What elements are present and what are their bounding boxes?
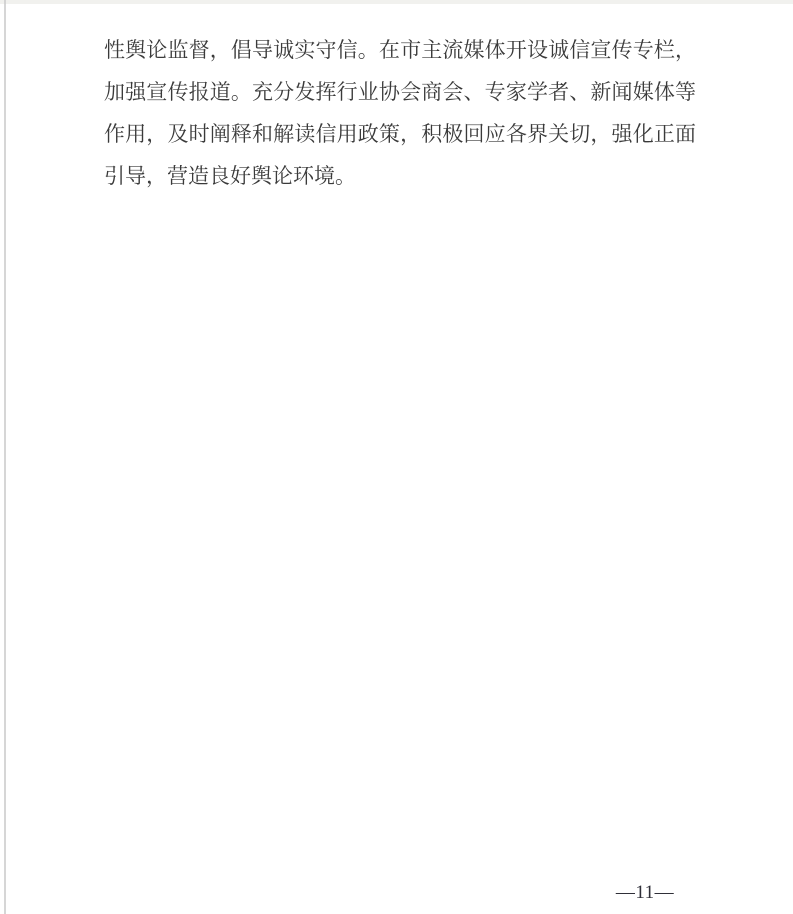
page-left-edge-line <box>4 0 6 914</box>
body-text-line: 性舆论监督，倡导诚实守信。在市主流媒体开设诚信宣传专栏， <box>104 29 696 71</box>
body-text-block: 性舆论监督，倡导诚实守信。在市主流媒体开设诚信宣传专栏， 加强宣传报道。充分发挥… <box>104 29 696 197</box>
page-top-edge-shadow <box>0 0 793 4</box>
document-page: 性舆论监督，倡导诚实守信。在市主流媒体开设诚信宣传专栏， 加强宣传报道。充分发挥… <box>0 0 793 914</box>
body-text-line: 加强宣传报道。充分发挥行业协会商会、专家学者、新闻媒体等 <box>104 71 696 113</box>
body-text-line: 作用，及时阐释和解读信用政策，积极回应各界关切，强化正面 <box>104 113 696 155</box>
body-text-line: 引导，营造良好舆论环境。 <box>104 155 696 197</box>
page-number: —11— <box>593 881 697 905</box>
